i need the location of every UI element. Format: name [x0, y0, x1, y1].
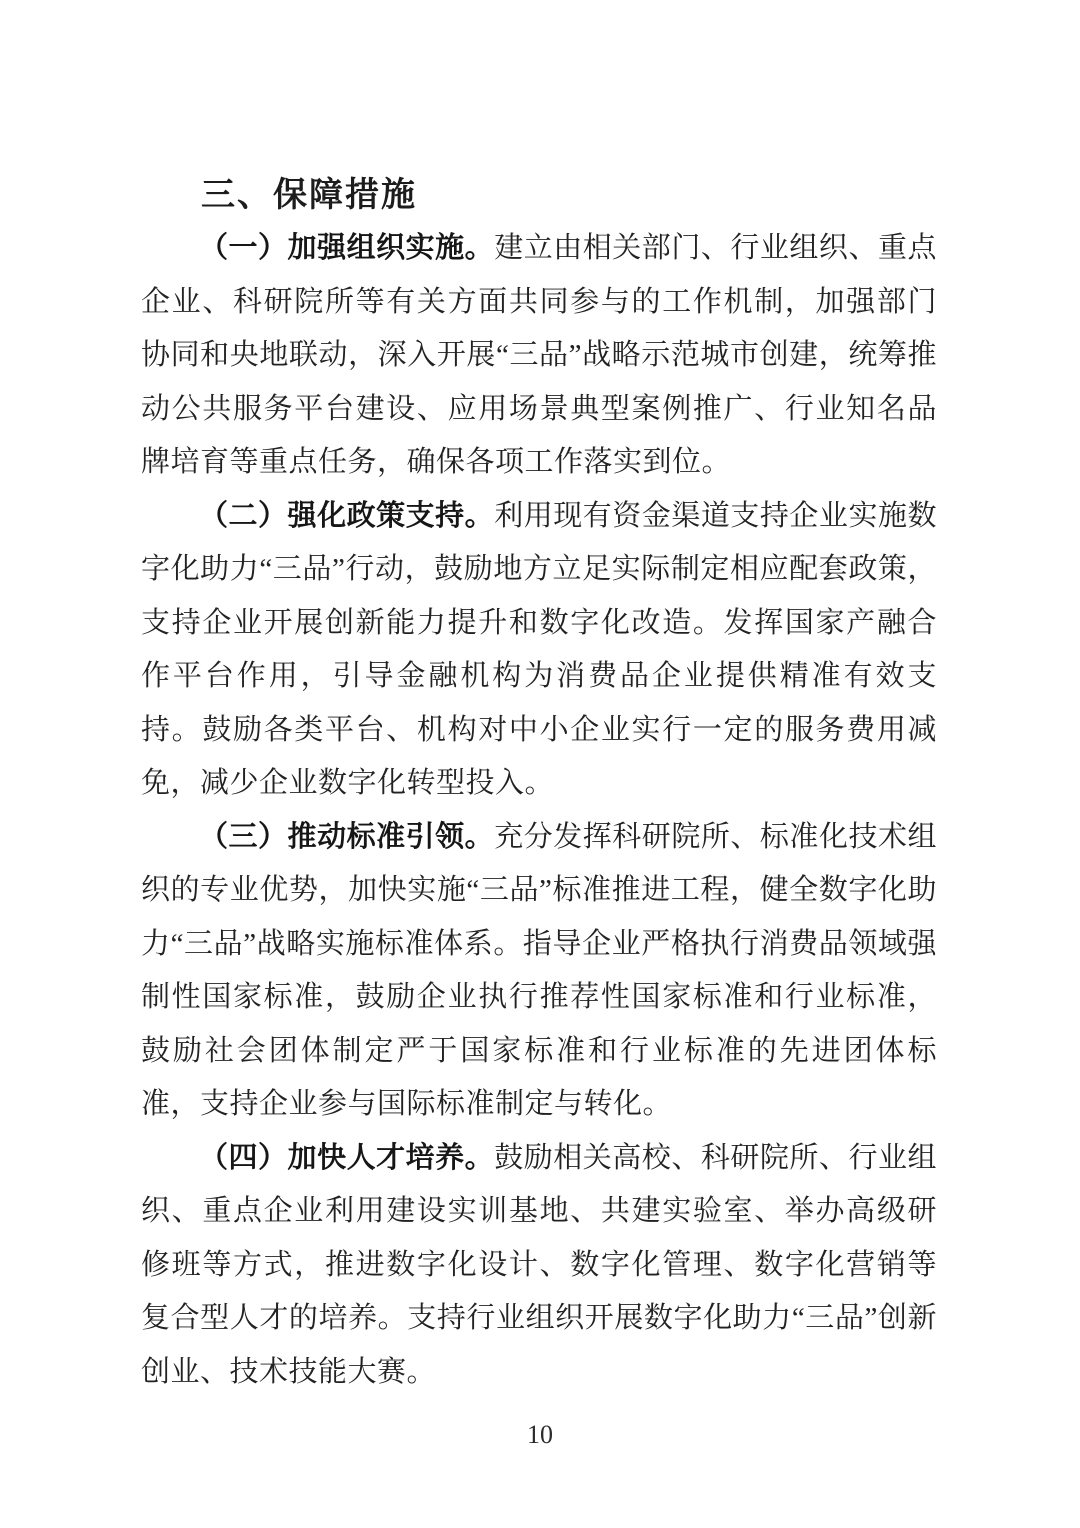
paragraph-1-lead: （一）加强组织实施。: [199, 232, 494, 264]
paragraph-3-body: 充分发挥科研院所、标准化技术组织的专业优势，加快实施“三品”标准推进工程，健全数…: [141, 821, 937, 1121]
paragraph-3-lead: （三）推动标准引领。: [199, 821, 494, 853]
paragraph-2-lead: （二）强化政策支持。: [199, 500, 494, 532]
paragraph-2: （二）强化政策支持。利用现有资金渠道支持企业实施数字化助力“三品”行动，鼓励地方…: [141, 490, 937, 811]
document-content: 三、保障措施 （一）加强组织实施。建立由相关部门、行业组织、重点企业、科研院所等…: [141, 168, 937, 1399]
paragraph-4-body: 鼓励相关高校、科研院所、行业组织、重点企业利用建设实训基地、共建实验室、举办高级…: [141, 1142, 937, 1388]
paragraph-1-body: 建立由相关部门、行业组织、重点企业、科研院所等有关方面共同参与的工作机制，加强部…: [141, 232, 937, 478]
paragraph-4: （四）加快人才培养。鼓励相关高校、科研院所、行业组织、重点企业利用建设实训基地、…: [141, 1132, 937, 1400]
section-heading: 三、保障措施: [141, 168, 937, 222]
paragraph-1: （一）加强组织实施。建立由相关部门、行业组织、重点企业、科研院所等有关方面共同参…: [141, 222, 937, 490]
paragraph-3: （三）推动标准引领。充分发挥科研院所、标准化技术组织的专业优势，加快实施“三品”…: [141, 811, 937, 1132]
paragraph-4-lead: （四）加快人才培养。: [199, 1142, 494, 1174]
paragraph-2-body: 利用现有资金渠道支持企业实施数字化助力“三品”行动，鼓励地方立足实际制定相应配套…: [141, 500, 937, 800]
page-number: 10: [0, 1420, 1080, 1450]
document-page: 三、保障措施 （一）加强组织实施。建立由相关部门、行业组织、重点企业、科研院所等…: [0, 0, 1080, 1528]
